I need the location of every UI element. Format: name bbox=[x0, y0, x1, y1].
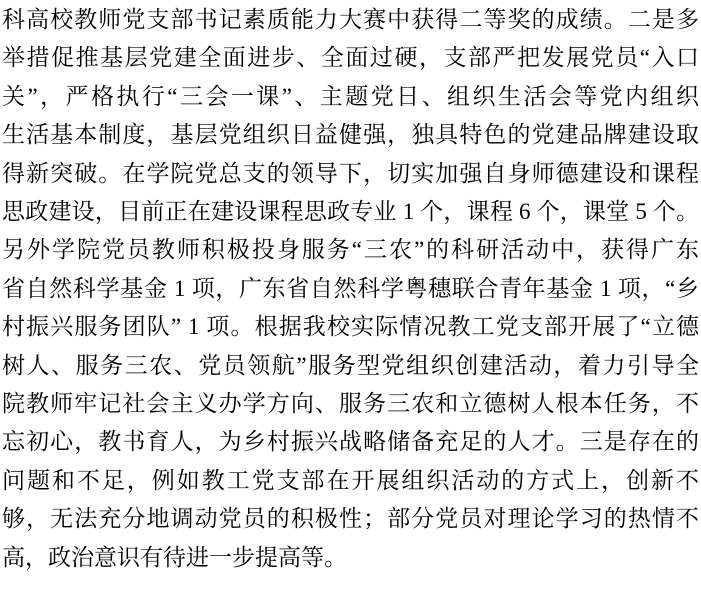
text-line: 村振兴服务团队” 1 项。根据我校实际情况教工党支部开展了“立德 bbox=[2, 308, 699, 346]
text-line: 思政建设，目前正在建设课程思政专业 1 个，课程 6 个，课堂 5 个。 bbox=[2, 193, 699, 231]
text-line: 树人、服务三农、党员领航”服务型党组织创建活动，着力引导全 bbox=[2, 347, 699, 385]
text-line: 生活基本制度，基层党组织日益健强，独具特色的党建品牌建设取 bbox=[2, 116, 699, 154]
text-line: 得新突破。在学院党总支的领导下，切实加强自身师德建设和课程 bbox=[2, 155, 699, 193]
text-line: 省自然科学基金 1 项，广东省自然科学粤穗联合青年基金 1 项，“乡 bbox=[2, 270, 699, 308]
text-line: 高，政治意识有待进一步提高等。 bbox=[2, 539, 699, 577]
text-line: 忘初心，教书育人，为乡村振兴战略储备充足的人才。三是存在的 bbox=[2, 423, 699, 461]
text-line: 关”，严格执行“三会一课”、主题党日、组织生活会等党内组织 bbox=[2, 78, 699, 116]
text-line: 院教师牢记社会主义办学方向、服务三农和立德树人根本任务，不 bbox=[2, 385, 699, 423]
paragraph: 科高校教师党支部书记素质能力大赛中获得二等奖的成绩。二是多 举措促推基层党建全面… bbox=[2, 1, 699, 577]
text-line: 科高校教师党支部书记素质能力大赛中获得二等奖的成绩。二是多 bbox=[2, 1, 699, 39]
text-line: 举措促推基层党建全面进步、全面过硬，支部严把发展党员“入口 bbox=[2, 39, 699, 77]
text-line: 够，无法充分地调动党员的积极性；部分党员对理论学习的热情不 bbox=[2, 500, 699, 538]
text-line: 另外学院党员教师积极投身服务“三农”的科研活动中，获得广东 bbox=[2, 231, 699, 269]
document-page: 科高校教师党支部书记素质能力大赛中获得二等奖的成绩。二是多 举措促推基层党建全面… bbox=[0, 0, 701, 609]
text-line: 问题和不足，例如教工党支部在开展组织活动的方式上，创新不 bbox=[2, 462, 699, 500]
